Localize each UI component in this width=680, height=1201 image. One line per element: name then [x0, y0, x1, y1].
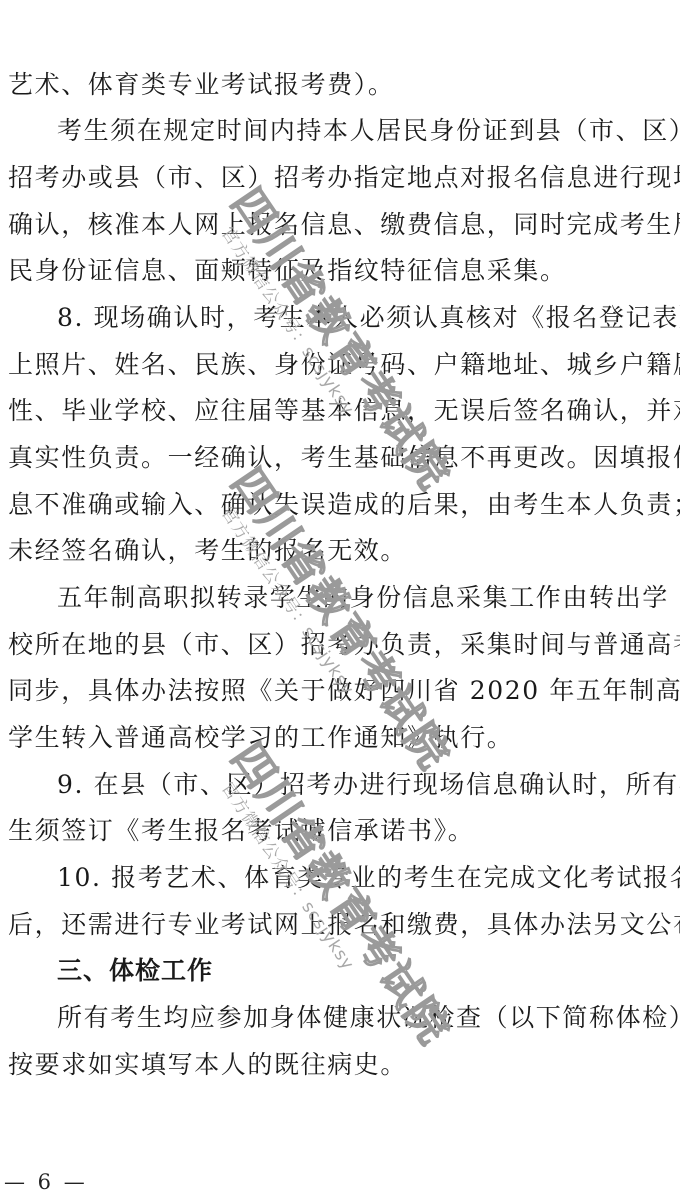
text-line: 民身份证信息、面颊特征及指纹特征信息采集。 — [8, 256, 652, 286]
text-line: 所有考生均应参加身体健康状况检查（以下简称体检）， — [57, 1003, 652, 1033]
text-line: 五年制高职拟转录学生的身份信息采集工作由转出学 — [57, 583, 652, 613]
text-line: 考生须在规定时间内持本人居民身份证到县（市、区） — [57, 116, 652, 146]
text-line: 招考办或县（市、区）招考办指定地点对报名信息进行现场 — [8, 163, 652, 193]
text-line: 性、毕业学校、应往届等基本信息，无误后签名确认，并对 — [8, 396, 652, 426]
text-line: 真实性负责。一经确认，考生基础信息不再更改。因填报信 — [8, 443, 652, 473]
text-line: 学生转入普通高校学习的工作通知》执行。 — [8, 723, 652, 753]
text-line: 校所在地的县（市、区）招考办负责，采集时间与普通高考 — [8, 630, 652, 660]
text-line: 9. 在县（市、区）招考办进行现场信息确认时，所有考 — [57, 770, 652, 800]
text-line: 上照片、姓名、民族、身份证号码、户籍地址、城乡户籍属 — [8, 350, 652, 380]
text-line: 后，还需进行专业考试网上报名和缴费，具体办法另文公布。 — [8, 910, 652, 940]
page-number: — 6 — — [4, 1170, 88, 1194]
document-page: 艺术、体育类专业考试报考费）。 考生须在规定时间内持本人居民身份证到县（市、区）… — [0, 0, 680, 1201]
text-line: 10. 报考艺术、体育类专业的考生在完成文化考试报名 — [57, 863, 652, 893]
text-line: 艺术、体育类专业考试报考费）。 — [8, 70, 652, 100]
text-line: 8. 现场确认时，考生本人必须认真核对《报名登记表》 — [57, 303, 652, 333]
text-line: 息不准确或输入、确认失误造成的后果，由考生本人负责； — [8, 490, 652, 520]
text-line: 生须签订《考生报名考试诚信承诺书》。 — [8, 816, 652, 846]
text-line: 按要求如实填写本人的既往病史。 — [8, 1050, 652, 1080]
text-line: 确认，核准本人网上报名信息、缴费信息，同时完成考生居 — [8, 210, 652, 240]
section-heading: 三、体检工作 — [57, 956, 652, 986]
text-line: 未经签名确认，考生的报名无效。 — [8, 536, 652, 566]
text-line: 同步，具体办法按照《关于做好四川省 2020 年五年制高职 — [8, 676, 652, 706]
